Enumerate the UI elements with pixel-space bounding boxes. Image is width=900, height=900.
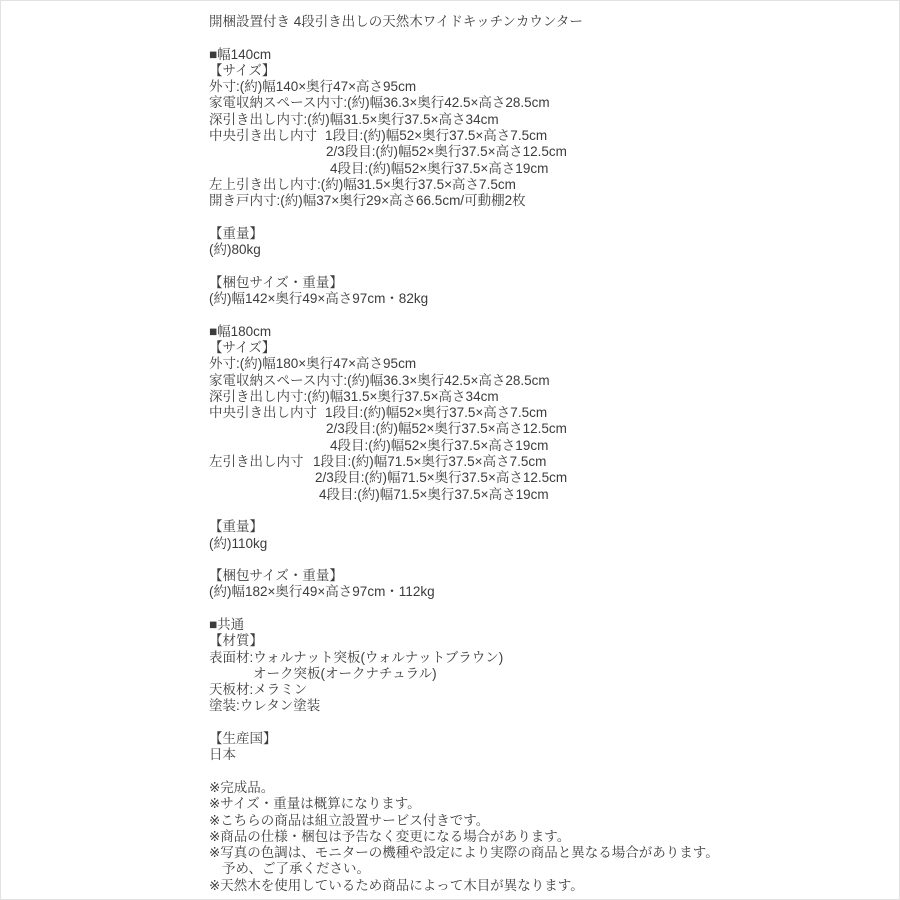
weight-heading-180: 【重量】 <box>209 519 719 535</box>
note-wood-grain: ※天然木を使用しているため商品によって木目が異なります。 <box>209 878 719 894</box>
top-board-material: 天板材:メラミン <box>209 682 719 698</box>
country-heading: 【生産国】 <box>209 731 719 747</box>
spec-center-drawer-tier23-140: 2/3段目:(約)幅52×奥行37.5×高さ12.5cm <box>209 144 719 160</box>
spec-hinged-door-140: 開き戸内寸:(約)幅37×奥行29×高さ66.5cm/可動棚2枚 <box>209 193 719 209</box>
note-assembly-service: ※こちらの商品は組立設置サービス付きです。 <box>209 813 719 829</box>
package-block-140: 【梱包サイズ・重量】 (約)幅142×奥行49×高さ97cm・82kg <box>209 275 719 308</box>
size-heading-140: 【サイズ】 <box>209 63 719 79</box>
note-color-monitor-2: 予め、ご了承ください。 <box>209 861 719 877</box>
spec-center-drawer-tier1-180: 中央引き出し内寸1段目:(約)幅52×奥行37.5×高さ7.5cm <box>209 405 719 421</box>
heading-140cm: ■幅140cm <box>209 47 719 63</box>
coating: 塗装:ウレタン塗装 <box>209 698 719 714</box>
spec-appliance-space-180: 家電収納スペース内寸:(約)幅36.3×奥行42.5×高さ28.5cm <box>209 373 719 389</box>
spec-left-drawer-tier1-180: 左引き出し内寸1段目:(約)幅71.5×奥行37.5×高さ7.5cm <box>209 454 719 470</box>
spec-center-drawer-tier23-180: 2/3段目:(約)幅52×奥行37.5×高さ12.5cm <box>209 421 719 437</box>
package-block-180: 【梱包サイズ・重量】 (約)幅182×奥行49×高さ97cm・112kg <box>209 568 719 601</box>
spec-outer-140: 外寸:(約)幅140×奥行47×高さ95cm <box>209 79 719 95</box>
package-heading-180: 【梱包サイズ・重量】 <box>209 568 719 584</box>
spec-center-drawer-tier4-180: 4段目:(約)幅52×奥行37.5×高さ19cm <box>209 438 719 454</box>
material-heading: 【材質】 <box>209 633 719 649</box>
center-drawer-tier1-value-140: 1段目:(約)幅52×奥行37.5×高さ7.5cm <box>325 128 547 143</box>
left-drawer-label-180: 左引き出し内寸 <box>209 454 313 470</box>
surface-material: 表面材:ウォルナット突板(ウォルナットブラウン) <box>209 650 719 666</box>
spec-deep-drawer-180: 深引き出し内寸:(約)幅31.5×奥行37.5×高さ34cm <box>209 389 719 405</box>
note-color-monitor: ※写真の色調は、モニターの機種や設定により実際の商品と異なる場合があります。 <box>209 845 719 861</box>
package-heading-140: 【梱包サイズ・重量】 <box>209 275 719 291</box>
weight-block-140: 【重量】 (約)80kg <box>209 226 719 259</box>
heading-common: ■共通 <box>209 617 719 633</box>
spec-center-drawer-tier1-140: 中央引き出し内寸1段目:(約)幅52×奥行37.5×高さ7.5cm <box>209 128 719 144</box>
spec-left-drawer-tier4-180: 4段目:(約)幅71.5×奥行37.5×高さ19cm <box>209 487 719 503</box>
spec-outer-180: 外寸:(約)幅180×奥行47×高さ95cm <box>209 356 719 372</box>
weight-heading-140: 【重量】 <box>209 226 719 242</box>
spec-appliance-space-140: 家電収納スペース内寸:(約)幅36.3×奥行42.5×高さ28.5cm <box>209 95 719 111</box>
spec-text-content: 開梱設置付き 4段引き出しの天然木ワイドキッチンカウンター ■幅140cm 【サ… <box>209 14 719 894</box>
product-title-block: 開梱設置付き 4段引き出しの天然木ワイドキッチンカウンター <box>209 14 719 30</box>
spec-deep-drawer-140: 深引き出し内寸:(約)幅31.5×奥行37.5×高さ34cm <box>209 112 719 128</box>
note-approximate-size: ※サイズ・重量は概算になります。 <box>209 796 719 812</box>
center-drawer-tier1-value-180: 1段目:(約)幅52×奥行37.5×高さ7.5cm <box>325 405 547 420</box>
package-value-140: (約)幅142×奥行49×高さ97cm・82kg <box>209 291 719 307</box>
heading-180cm: ■幅180cm <box>209 324 719 340</box>
spec-upper-left-drawer-140: 左上引き出し内寸:(約)幅31.5×奥行37.5×高さ7.5cm <box>209 177 719 193</box>
package-value-180: (約)幅182×奥行49×高さ97cm・112kg <box>209 584 719 600</box>
section-140cm: ■幅140cm 【サイズ】 外寸:(約)幅140×奥行47×高さ95cm 家電収… <box>209 47 719 210</box>
weight-block-180: 【重量】 (約)110kg <box>209 519 719 552</box>
center-drawer-label-180: 中央引き出し内寸 <box>209 405 325 421</box>
country-block: 【生産国】 日本 <box>209 731 719 764</box>
notes-section: ※完成品。 ※サイズ・重量は概算になります。 ※こちらの商品は組立設置サービス付… <box>209 780 719 894</box>
size-heading-180: 【サイズ】 <box>209 340 719 356</box>
center-drawer-label-140: 中央引き出し内寸 <box>209 128 325 144</box>
surface-material-2: オーク突板(オークナチュラル) <box>209 666 719 682</box>
left-drawer-tier1-value-180: 1段目:(約)幅71.5×奥行37.5×高さ7.5cm <box>313 454 546 469</box>
spec-center-drawer-tier4-140: 4段目:(約)幅52×奥行37.5×高さ19cm <box>209 161 719 177</box>
weight-value-140: (約)80kg <box>209 242 719 258</box>
product-spec-page: 開梱設置付き 4段引き出しの天然木ワイドキッチンカウンター ■幅140cm 【サ… <box>0 0 900 900</box>
weight-value-180: (約)110kg <box>209 536 719 552</box>
section-180cm: ■幅180cm 【サイズ】 外寸:(約)幅180×奥行47×高さ95cm 家電収… <box>209 324 719 503</box>
note-spec-change: ※商品の仕様・梱包は予告なく変更になる場合があります。 <box>209 829 719 845</box>
section-common: ■共通 【材質】 表面材:ウォルナット突板(ウォルナットブラウン) オーク突板(… <box>209 617 719 715</box>
product-title: 開梱設置付き 4段引き出しの天然木ワイドキッチンカウンター <box>209 14 719 30</box>
spec-left-drawer-tier23-180: 2/3段目:(約)幅71.5×奥行37.5×高さ12.5cm <box>209 470 719 486</box>
note-finished-product: ※完成品。 <box>209 780 719 796</box>
country-value: 日本 <box>209 747 719 763</box>
